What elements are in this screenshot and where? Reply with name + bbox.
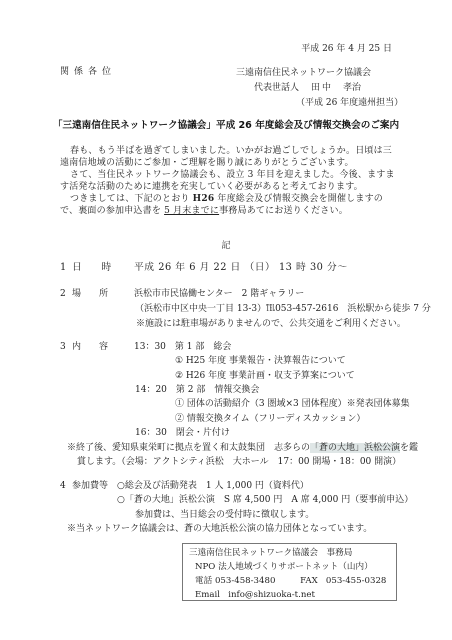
cooperation-note: ※当ネットワーク協議会は、蒼の大地浜松公演の協力団体となっています。 (67, 523, 372, 535)
venue-name: 浜松市市民協働センター 2 階ギャラリー (134, 289, 304, 299)
closing-title: 閉会・片付け (176, 428, 230, 438)
item-label: 参加費等 (72, 480, 117, 492)
part1-item: ② H26 年度 事業計画・収支予算案について (175, 370, 355, 382)
venue-address: （浜松市中区中央一丁目 13-3）℡053-457-2616 浜松駅から徒歩 7… (135, 303, 431, 315)
item-number: 3 (60, 341, 72, 353)
request-deadline: 5 月末までに (164, 206, 219, 216)
item-venue: 2場 所浜松市市民協働センター 2 階ギャラリー (60, 288, 304, 300)
document-title: 「三遠南信住民ネットワーク協議会」平成 26 年度総会及び情報交換会のご案内 (0, 120, 452, 132)
item-label: 場 所 (72, 288, 134, 300)
concert-note-text: ※終了後、愛知県東栄町に拠点を置く和太鼓集団 志多らの (67, 443, 310, 453)
representative-title: 代表世話人 (254, 83, 299, 93)
part2-title: 第 2 部 情報交換会 (176, 385, 259, 395)
request-text: つきましては、下記のとおり (70, 194, 193, 204)
contact-npo: NPO 法人地域づくりサポートネット（山内） (195, 561, 373, 573)
representative-surname: 田中 (311, 83, 333, 93)
fee-collection-note: 参加費は、当日総会の受付時に徴収します。 (135, 509, 314, 521)
request-year: H26 (193, 194, 215, 204)
representative-given-name: 孝治 (343, 83, 361, 93)
contact-email: Email info@shizuoka-t.net (195, 589, 315, 601)
sender-representative: 代表世話人田中孝治 (254, 82, 361, 94)
part1-time: 13：30 (134, 342, 166, 352)
item-label: 内 容 (72, 341, 134, 353)
closing-time: 16：30 (135, 428, 167, 438)
phone-number: 053-458-3480 (215, 576, 275, 586)
fax-label: FAX (300, 576, 318, 586)
fax-number: 053-455-0328 (326, 576, 386, 586)
venue-parking-note: ※施設には駐車場がありませんので、公共交通をご利用ください。 (136, 318, 406, 330)
phone-label: 電話 (195, 576, 212, 586)
contact-box: 三遠南信住民ネットワーク協議会 事務局 NPO 法人地域づくりサポートネット（山… (182, 543, 397, 601)
contact-office: 三遠南信住民ネットワーク協議会 事務局 (189, 547, 352, 559)
item-label: 日 時 (72, 262, 134, 274)
item-number: 4 (60, 480, 72, 492)
part2-time: 14：20 (135, 385, 167, 395)
part2-item: ① 団体の活動紹介（3 圏域×3 団体程度）※発表団体募集 (175, 398, 410, 410)
item-value: 平成 26 年 6 月 22 日 （日） 13 時 30 分～ (134, 262, 348, 273)
concert-note-text-end: を鑑 (400, 443, 418, 453)
ki-heading: 記 (0, 240, 452, 252)
email-label: Email (195, 590, 220, 600)
item-fee: 4参加費等○総会及び活動発表 1 人 1,000 円（資料代） (60, 480, 309, 492)
item-datetime: 1日 時平成 26 年 6 月 22 日 （日） 13 時 30 分～ (60, 262, 348, 274)
addressee: 関係各位 (60, 66, 116, 78)
paragraph-anniversary: さて、当住民ネットワーク協議会も、設立 3 年目を迎えました。今後、ますます活発… (60, 169, 396, 193)
request-text-end: 事務局あてにお送りください。 (219, 206, 348, 216)
representative-year-note: （平成 26 年度遠州担当） (296, 97, 403, 109)
issue-date: 平成 26 年 4 月 25 日 (301, 43, 392, 55)
part1-title: 第 1 部 総会 (175, 342, 231, 352)
concert-note: ※終了後、愛知県東栄町に拠点を置く和太鼓集団 志多らの「蒼の大地」浜松公演を鑑 (67, 442, 418, 454)
part1-item: ① H25 年度 事業報告・決算報告について (175, 355, 346, 367)
contact-phone-fax: 電話 053-458-3480 FAX 053-455-0328 (195, 575, 386, 587)
fee-line: ○「蒼の大地」浜松公演 S 席 4,500 円 A 席 4,000 円（要事前申… (117, 494, 413, 506)
part2-item: ② 情報交換タイム（フリーディスカッション） (175, 413, 365, 425)
email-address[interactable]: info@shizuoka-t.net (228, 590, 315, 600)
item-number: 1 (60, 262, 72, 274)
closing-heading: 16：30 閉会・片付け (135, 427, 230, 439)
concert-name-highlight: 「蒼の大地」浜松公演 (310, 443, 400, 453)
paragraph-request: つきましては、下記のとおり H26 年度総会及び情報交換会を開催しますので、裏面… (60, 193, 396, 217)
item-content: 3内 容13：30 第 1 部 総会 (60, 341, 231, 353)
fee-line: ○総会及び活動発表 1 人 1,000 円（資料代） (117, 481, 309, 491)
item-number: 2 (60, 288, 72, 300)
sender-organization: 三遠南信住民ネットワーク協議会 (236, 67, 371, 79)
paragraph-greeting: 春も、もう半ばを過ぎてしまいました。いかがお過ごしでしょうか。日頃は三遠南信地域… (60, 145, 396, 169)
part2-heading: 14：20 第 2 部 情報交換会 (135, 384, 259, 396)
concert-note-venue: 賞します。（会場：アクトシティ浜松 大ホール 17：00 開場・18：00 開演… (77, 456, 401, 468)
